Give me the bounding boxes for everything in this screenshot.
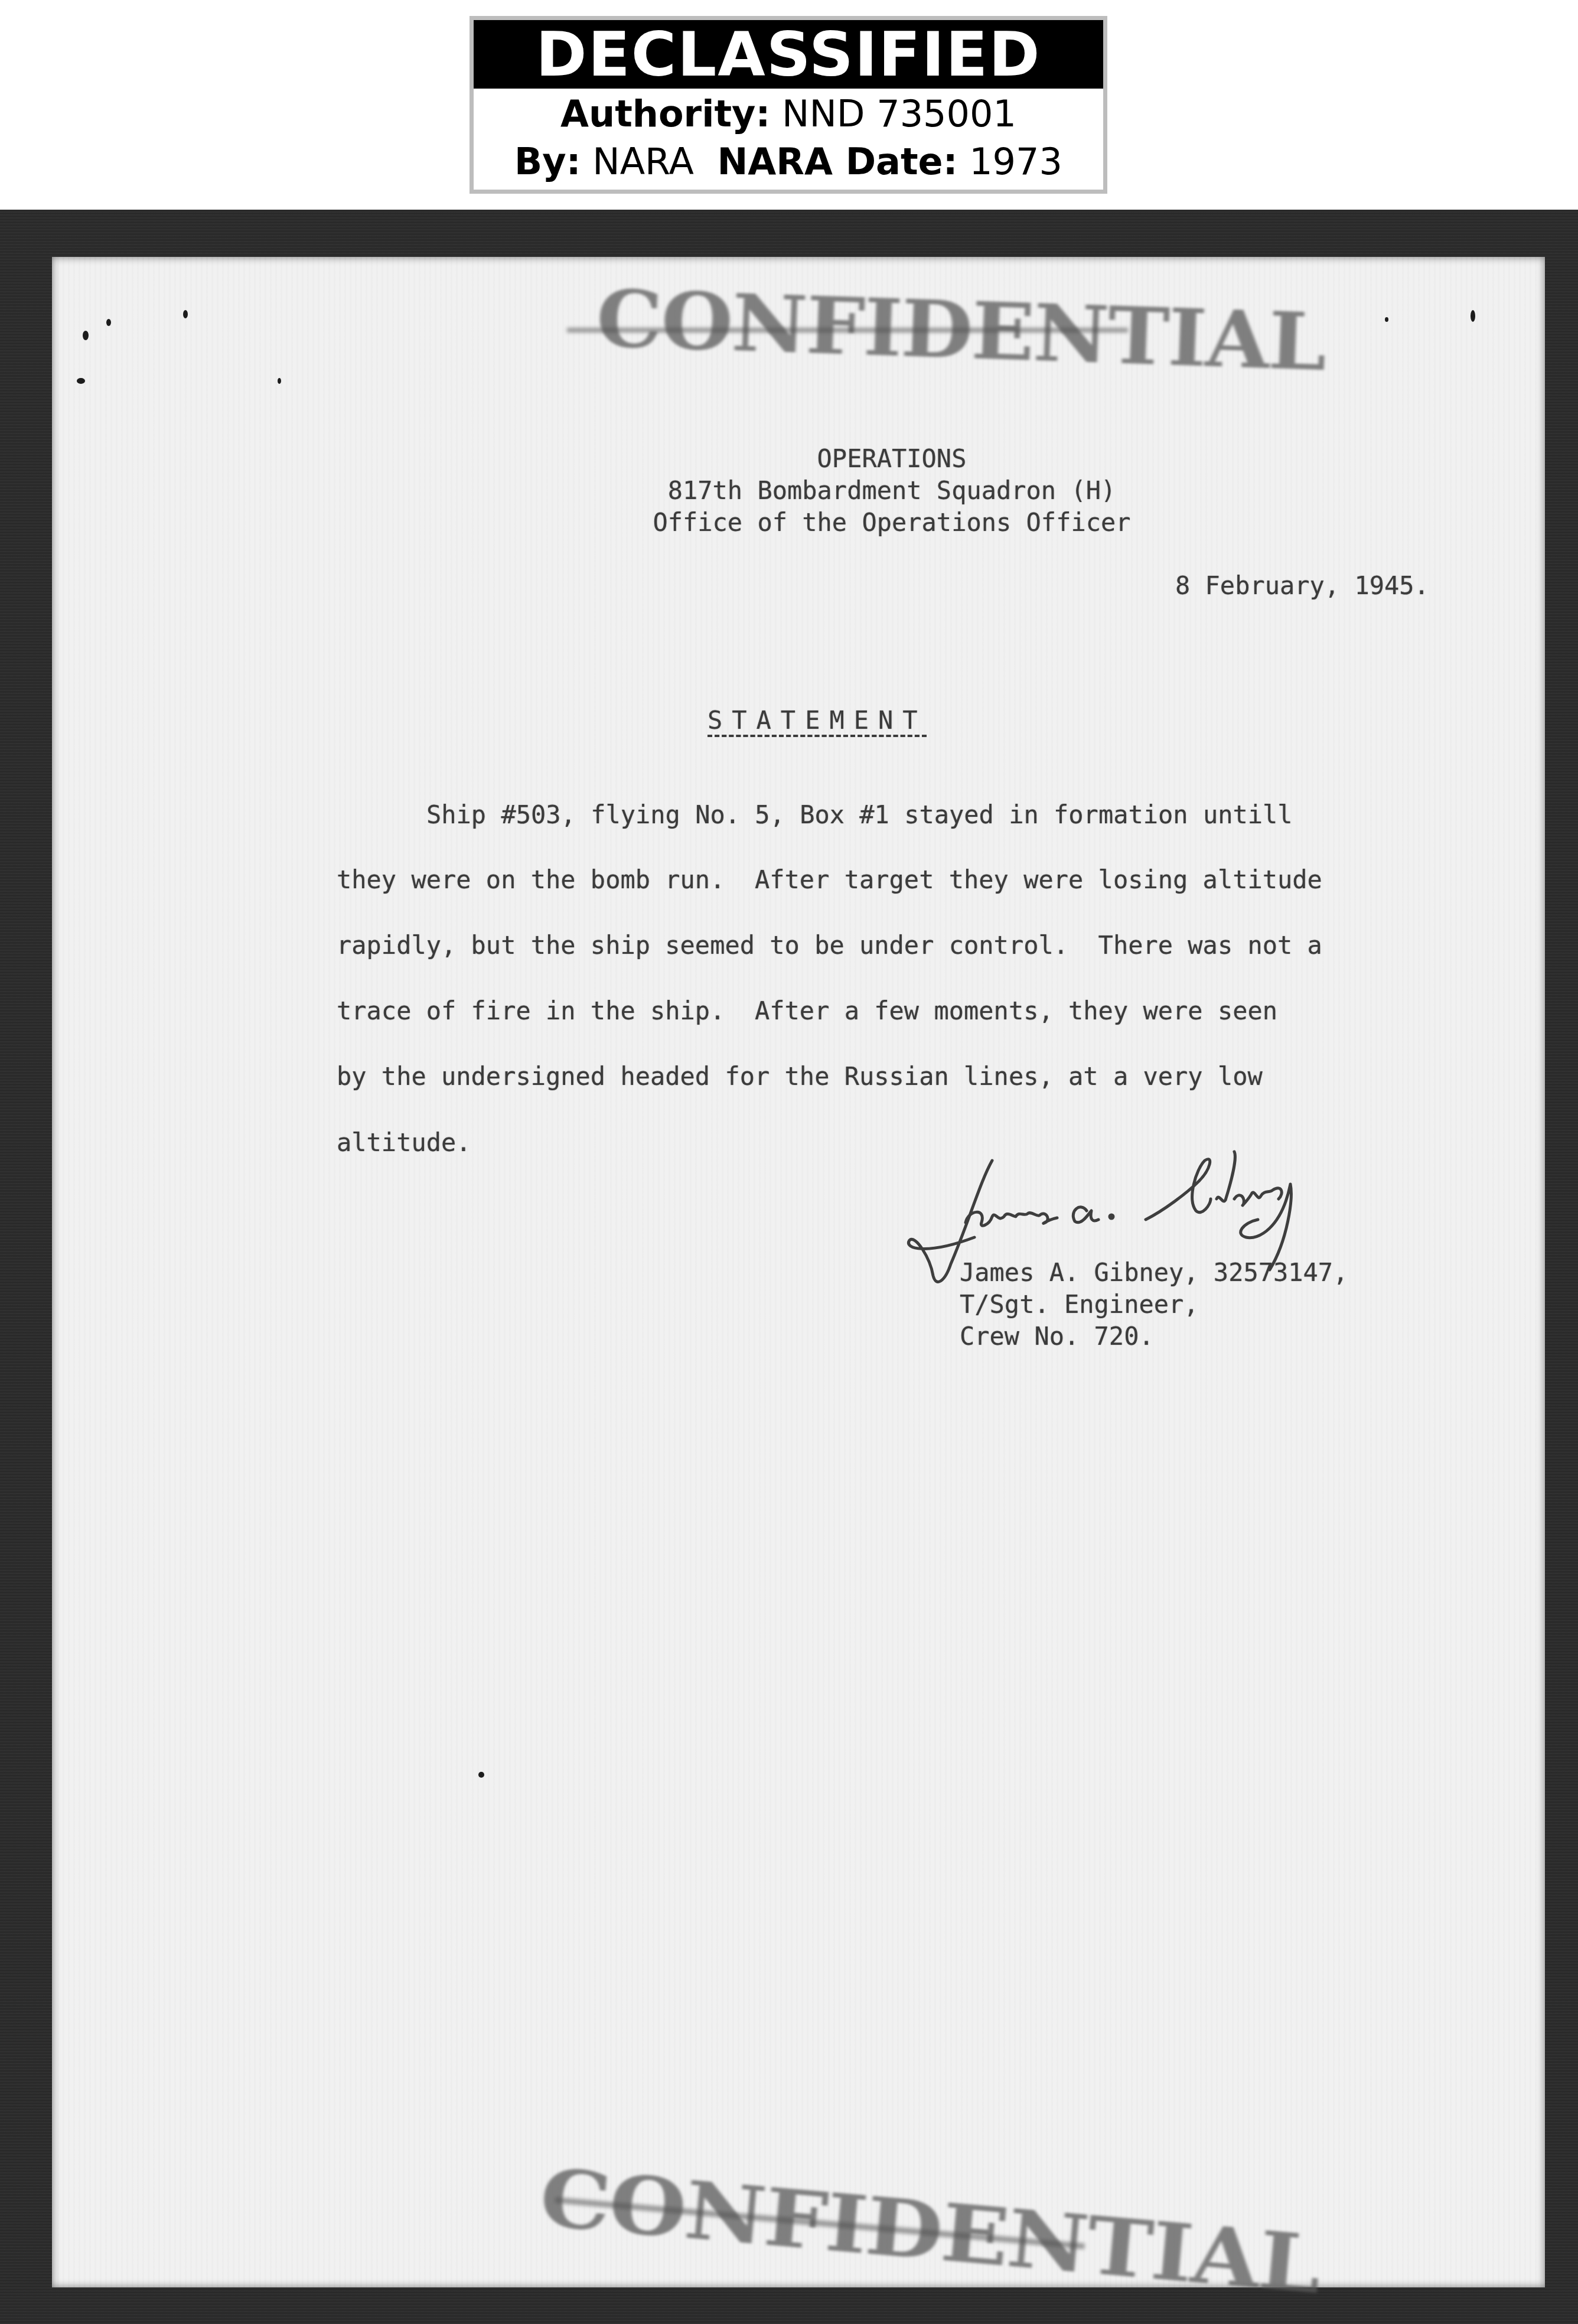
nara-date-value: 1973	[969, 140, 1062, 183]
strikethrough-line	[567, 328, 1128, 333]
dust-speck	[1385, 317, 1388, 322]
dust-speck	[1471, 310, 1475, 322]
statement-heading: STATEMENT	[708, 706, 927, 735]
document-date: 8 February, 1945.	[1175, 571, 1429, 601]
body-line: they were on the bomb run. After target …	[337, 865, 1322, 895]
nara-date-label: NARA Date:	[717, 140, 957, 183]
declassified-stamp: DECLASSIFIED Authority: NND 735001 By: N…	[470, 16, 1107, 194]
body-line: Ship #503, flying No. 5, Box #1 stayed i…	[426, 800, 1293, 830]
signer-rank: T/Sgt. Engineer,	[960, 1290, 1199, 1319]
letterhead-line-1: OPERATIONS	[638, 444, 1146, 474]
dust-speck	[106, 319, 111, 326]
by-value: NARA	[592, 140, 694, 183]
by-label: By:	[514, 140, 581, 183]
letterhead-line-2: 817th Bombardment Squadron (H)	[638, 476, 1146, 506]
dust-speck	[478, 1772, 484, 1778]
body-line: altitude.	[337, 1128, 471, 1158]
body-line: rapidly, but the ship seemed to be under…	[337, 931, 1322, 960]
body-line: by the undersigned headed for the Russia…	[337, 1062, 1263, 1091]
authority-label: Authority:	[560, 92, 770, 135]
signer-name-serial: James A. Gibney, 32573147,	[960, 1258, 1348, 1288]
declassified-title: DECLASSIFIED	[474, 20, 1103, 89]
dust-speck	[278, 378, 281, 384]
body-line: trace of fire in the ship. After a few m…	[337, 996, 1277, 1026]
by-date-line: By: NARA NARA Date: 1973	[474, 141, 1103, 182]
dust-speck	[83, 331, 89, 340]
letterhead-line-3: Office of the Operations Officer	[638, 508, 1146, 537]
authority-value: NND 735001	[782, 92, 1016, 135]
authority-line: Authority: NND 735001	[474, 93, 1103, 135]
dust-speck	[183, 310, 188, 318]
signer-crew: Crew No. 720.	[960, 1322, 1154, 1351]
dust-speck	[77, 378, 85, 384]
